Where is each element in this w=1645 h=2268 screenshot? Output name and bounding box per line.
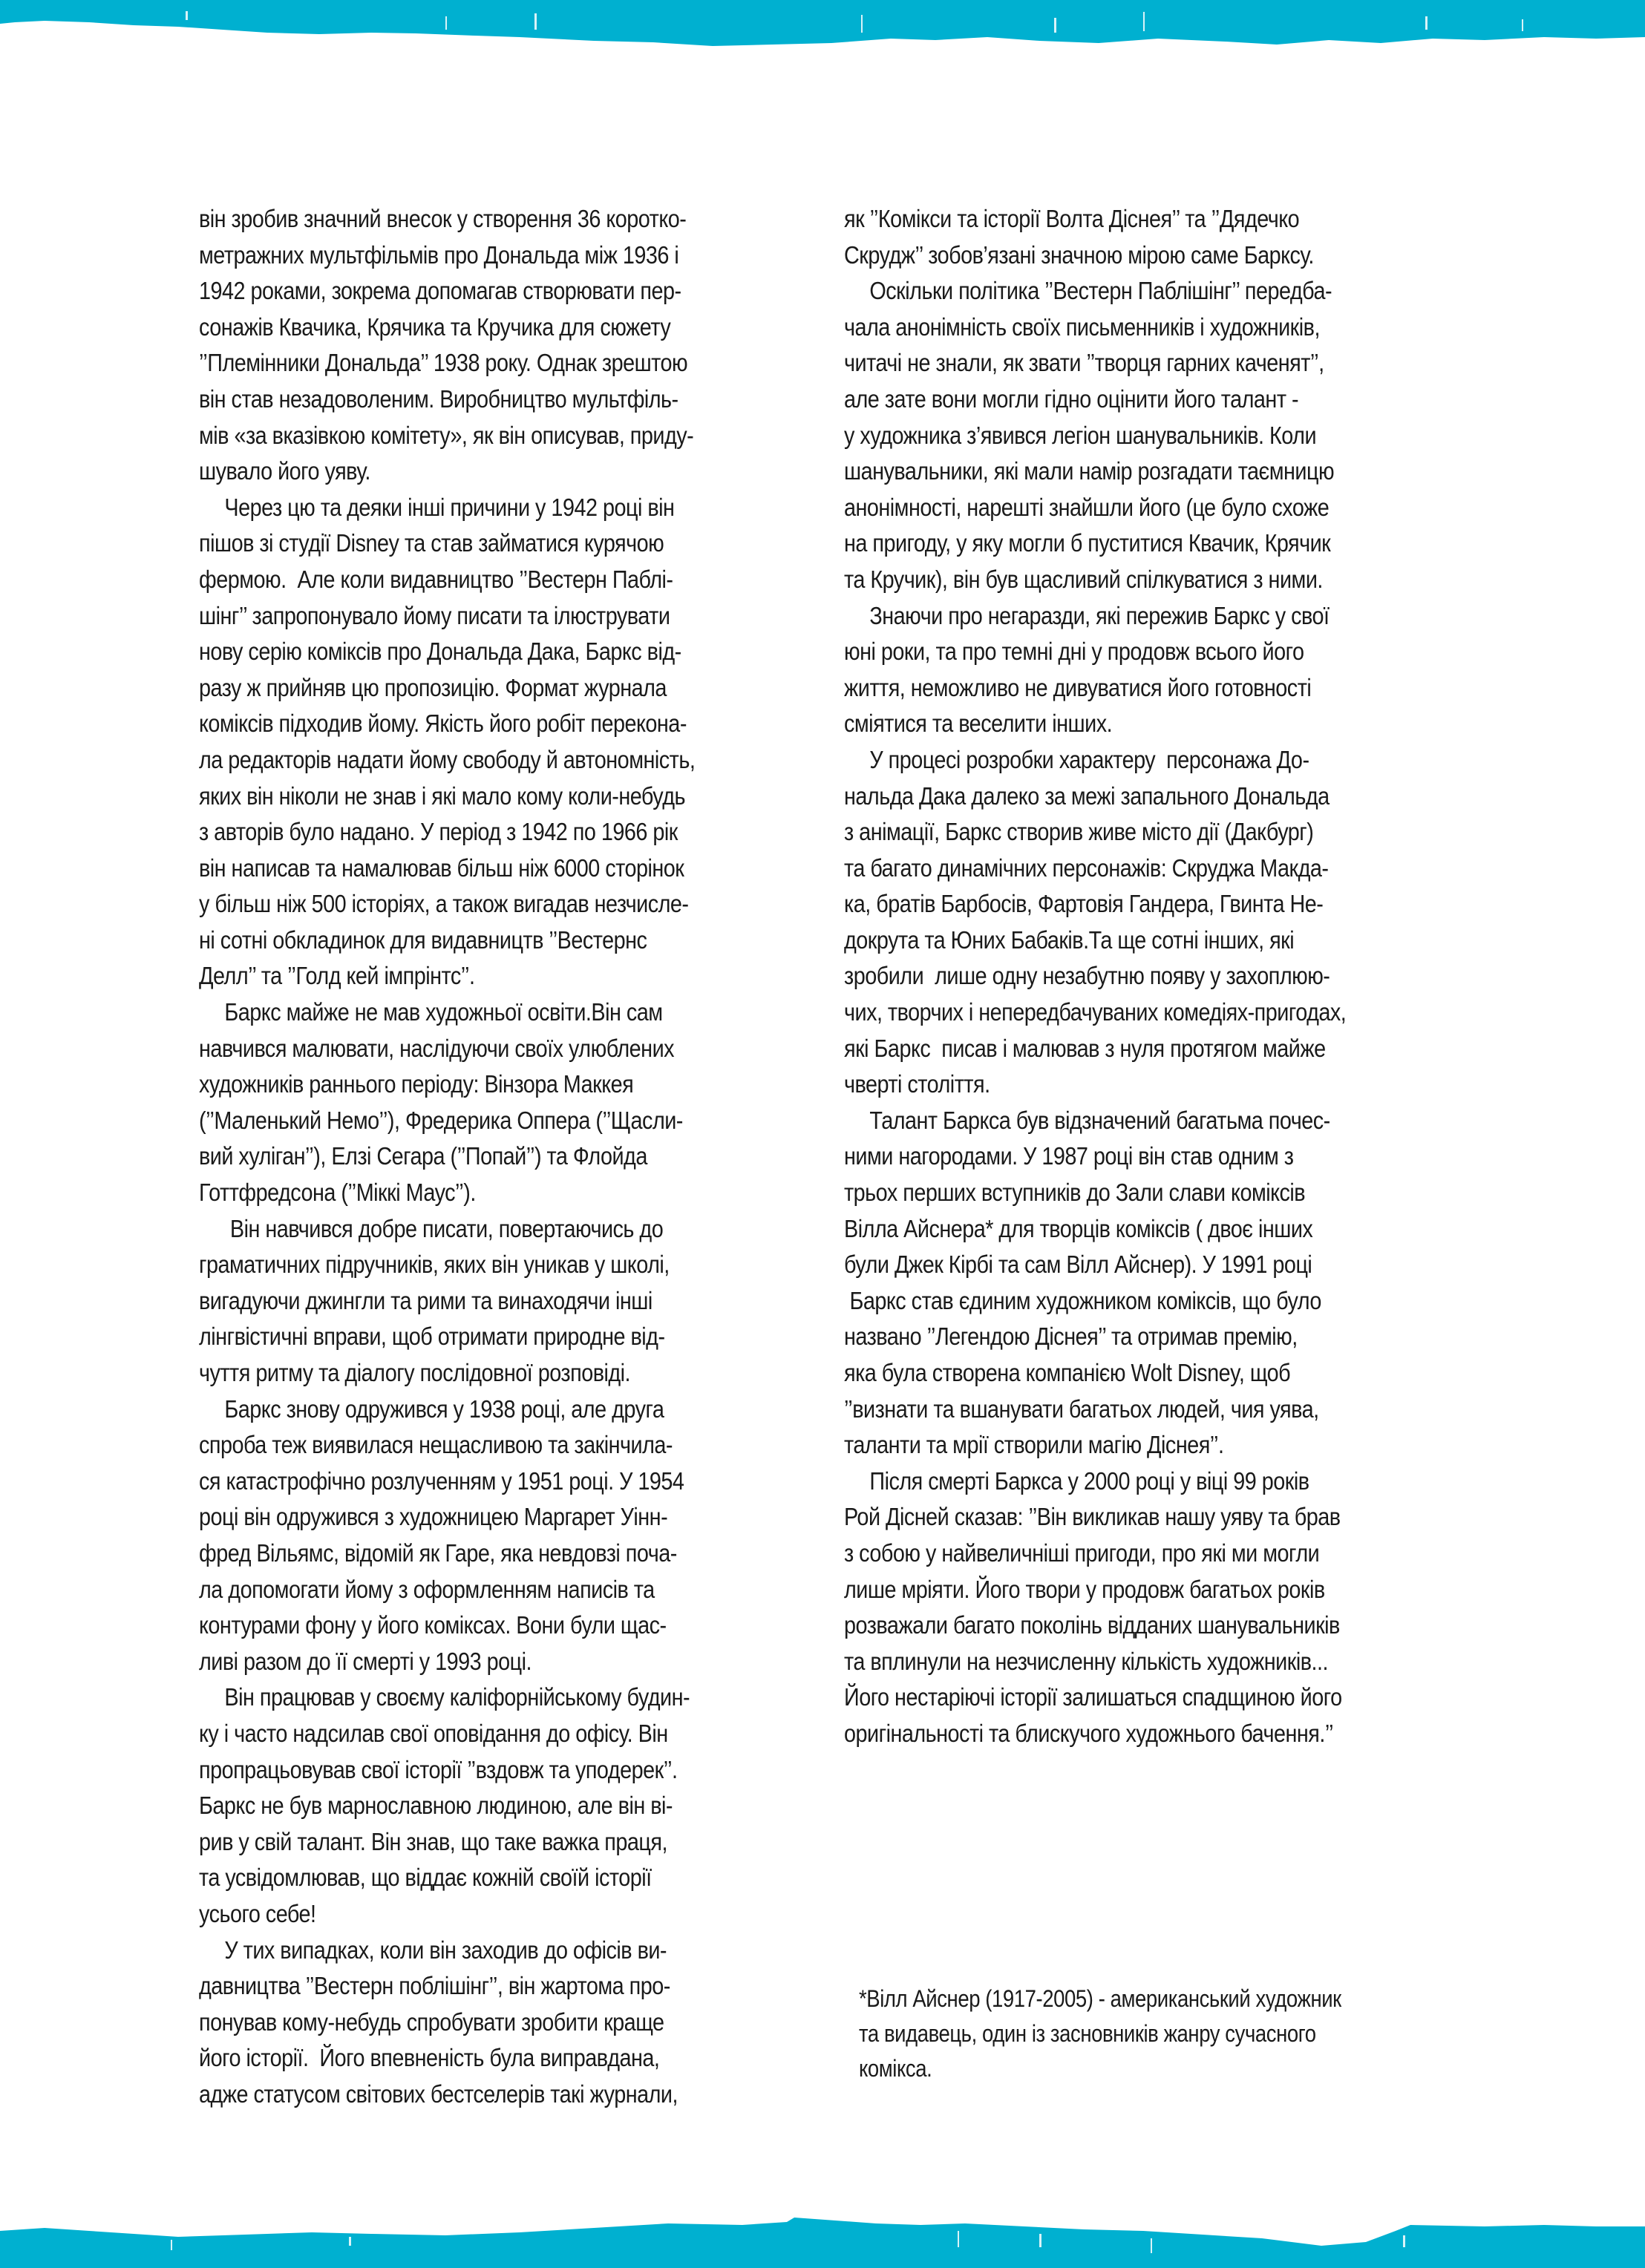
text-line: Після смерті Баркса у 2000 році у віці 9…	[844, 1464, 1406, 1501]
text-line: на пригоду, у яку могли б пуститися Квач…	[844, 526, 1406, 563]
text-line: адже статусом світових бестселерів такі …	[199, 2077, 742, 2114]
text-line: шувало його уяву.	[199, 454, 742, 491]
text-line: шанувальники, які мали намір розгадати т…	[844, 454, 1406, 491]
text-line: ливі разом до її смерті у 1993 році.	[199, 1645, 742, 1681]
text-line: фермою. Але коли видавництво ’’Вестерн П…	[199, 563, 742, 599]
paragraph: Баркс знову одружився у 1938 році, але д…	[199, 1392, 830, 1681]
text-line: та вплинули на незчисленну кількість худ…	[844, 1645, 1406, 1681]
text-line: та Кручик), він був щасливий спілкуватис…	[844, 563, 1406, 599]
text-line: життя, неможливо не дивуватися його гото…	[844, 671, 1406, 707]
text-line: Скрудж’’ зобов’язані значною мірою саме …	[844, 238, 1406, 275]
footnote-line: комікса.	[859, 2051, 1421, 2086]
footnote-line: та видавець, один із засновників жанру с…	[859, 2016, 1421, 2051]
text-line: у художника з’явився легіон шанувальникі…	[844, 419, 1406, 455]
text-line: вий хуліган’’), Елзі Сегара (’’Попай’’) …	[199, 1139, 742, 1176]
text-line: разу ж прийняв цю пропозицію. Формат жур…	[199, 671, 742, 707]
text-line: з анімації, Баркс створив живе місто дії…	[844, 815, 1406, 851]
text-line: з собою у найвеличніші пригоди, про які …	[844, 1536, 1406, 1573]
text-line: метражних мультфільмів про Дональда між …	[199, 238, 742, 275]
text-line: Знаючи про негаразди, які пережив Баркс …	[844, 599, 1406, 635]
text-line: Баркс майже не мав художньої освіти.Він …	[199, 995, 742, 1032]
paragraph: Знаючи про негаразди, які пережив Баркс …	[844, 599, 1497, 743]
text-line: контурами фону у його коміксах. Вони бул…	[199, 1608, 742, 1645]
text-line: названо ’’Легендою Діснея’’ та отримав п…	[844, 1320, 1406, 1356]
text-line: лише мріяти. Його твори у продовж багать…	[844, 1573, 1406, 1609]
brush-stroke-top-icon	[0, 0, 1645, 59]
text-line: чверті століття.	[844, 1067, 1406, 1104]
text-line: Його нестаріючі історії залишаться спадщ…	[844, 1680, 1406, 1717]
text-line: Готтфредсона (’’Міккі Маус’’).	[199, 1176, 742, 1212]
text-line: анонімності, нарешті знайшли його (це бу…	[844, 491, 1406, 527]
paragraph: як ’’Комікси та історії Волта Діснея’’ т…	[844, 202, 1497, 274]
text-line: яка була створена компанією Wolt Disney,…	[844, 1356, 1406, 1392]
paragraph: Баркс майже не мав художньої освіти.Він …	[199, 995, 830, 1212]
text-line: оригінальності та блискучого художнього …	[844, 1717, 1406, 1753]
text-line: усього себе!	[199, 1897, 742, 1933]
text-line: У процесі розробки характеру персонажа Д…	[844, 743, 1406, 779]
text-line: ними нагородами. У 1987 році він став од…	[844, 1139, 1406, 1176]
right-column: як ’’Комікси та історії Волта Діснея’’ т…	[844, 202, 1497, 1753]
text-line: він зробив значний внесок у створення 36…	[199, 202, 742, 238]
text-line: Делл’’ та ’’Голд кей імпрінтс’’.	[199, 959, 742, 995]
text-line: Він навчився добре писати, повертаючись …	[199, 1212, 742, 1248]
text-line: Баркс не був марнославною людиною, але в…	[199, 1789, 742, 1825]
text-line: понував кому-небудь спробувати зробити к…	[199, 2005, 742, 2042]
paragraph: він зробив значний внесок у створення 36…	[199, 202, 830, 491]
text-line: Через цю та деяки інші причини у 1942 ро…	[199, 491, 742, 527]
text-line: художників раннього періоду: Вінзора Мак…	[199, 1067, 742, 1104]
text-line: чала анонімність своїх письменників і ху…	[844, 310, 1406, 347]
text-line: Талант Баркса був відзначений багатьма п…	[844, 1104, 1406, 1140]
brush-stroke-bottom-icon	[0, 2201, 1645, 2268]
bottom-paint-band	[0, 2201, 1645, 2268]
paragraph: Він працював у своєму каліфорнійському б…	[199, 1680, 830, 1933]
paragraph: Після смерті Баркса у 2000 році у віці 9…	[844, 1464, 1497, 1753]
text-line: рив у свій талант. Він знав, що таке важ…	[199, 1825, 742, 1861]
text-line: сміятися та веселити інших.	[844, 707, 1406, 743]
text-line: ся катастрофічно розлученням у 1951 році…	[199, 1464, 742, 1501]
text-line: але зате вони могли гідно оцінити його т…	[844, 382, 1406, 419]
text-line: ла допомогати йому з оформленням написів…	[199, 1573, 742, 1609]
text-line: Оскільки політика ’’Вестерн Паблішінг’’ …	[844, 274, 1406, 310]
paragraph: У процесі розробки характеру персонажа Д…	[844, 743, 1497, 1104]
text-line: у більш ніж 500 історіях, а також вигада…	[199, 887, 742, 923]
text-line: граматичних підручників, яких він уникав…	[199, 1248, 742, 1284]
text-line: чуття ритму та діалогу послідовної розпо…	[199, 1356, 742, 1392]
text-line: були Джек Кірбі та сам Вілл Айснер). У 1…	[844, 1248, 1406, 1284]
text-line: ні сотні обкладинок для видавництв ’’Вес…	[199, 923, 742, 960]
text-line: та багато динамічних персонажів: Скруджа…	[844, 851, 1406, 888]
text-line: нову серію коміксів про Дональда Дака, Б…	[199, 635, 742, 671]
text-line: Вілла Айснера* для творців коміксів ( дв…	[844, 1212, 1406, 1248]
text-line: році він одружився з художницею Маргарет…	[199, 1500, 742, 1536]
text-line: спроба теж виявилася нещасливою та закін…	[199, 1428, 742, 1464]
paragraph: Оскільки політика ’’Вестерн Паблішінг’’ …	[844, 274, 1497, 598]
paragraph: Талант Баркса був відзначений багатьма п…	[844, 1104, 1497, 1464]
text-line: У тих випадках, коли він заходив до офіс…	[199, 1933, 742, 1970]
text-line: ’’визнати та вшанувати багатьох людей, ч…	[844, 1392, 1406, 1429]
text-line: він написав та намалював більш ніж 6000 …	[199, 851, 742, 888]
text-line: Баркс став єдиним художником коміксів, щ…	[844, 1284, 1406, 1320]
text-line: читачі не знали, як звати ’’творця гарни…	[844, 346, 1406, 382]
footnote-line: *Вілл Айснер (1917-2005) - американський…	[859, 1982, 1421, 2016]
text-line: докрута та Юних Бабаків.Та ще сотні інши…	[844, 923, 1406, 960]
text-line: мів «за вказівкою комітету», як він опис…	[199, 419, 742, 455]
text-line: ’’Племінники Дональда’’ 1938 року. Однак…	[199, 346, 742, 382]
text-line: шінг’’ запропонувало йому писати та ілюс…	[199, 599, 742, 635]
text-line: навчився малювати, наслідуючи своїх улюб…	[199, 1032, 742, 1068]
text-line: як ’’Комікси та історії Волта Діснея’’ т…	[844, 202, 1406, 238]
text-line: трьох перших вступників до Зали слави ко…	[844, 1176, 1406, 1212]
text-line: чих, творчих і непередбачуваних комедіях…	[844, 995, 1406, 1032]
paragraph: Він навчився добре писати, повертаючись …	[199, 1212, 830, 1392]
text-line: він став незадоволеним. Виробництво муль…	[199, 382, 742, 419]
footnote: *Вілл Айснер (1917-2005) - американський…	[859, 1982, 1512, 2086]
text-line: (’’Маленький Немо’’), Фредерика Оппера (…	[199, 1104, 742, 1140]
text-line: 1942 роками, зокрема допомагав створюват…	[199, 274, 742, 310]
paragraph: Через цю та деяки інші причини у 1942 ро…	[199, 491, 830, 995]
text-line: які Баркс писав і малював з нуля протяго…	[844, 1032, 1406, 1068]
text-line: вигадуючи джингли та рими та винаходячи …	[199, 1284, 742, 1320]
left-column: він зробив значний внесок у створення 36…	[199, 202, 830, 2113]
text-line: зробили лише одну незабутню появу у захо…	[844, 959, 1406, 995]
text-line: фред Вільямс, відомій як Гаре, яка невдо…	[199, 1536, 742, 1573]
text-line: юні роки, та про темні дні у продовж всь…	[844, 635, 1406, 671]
text-line: нальда Дака далеко за межі запального До…	[844, 779, 1406, 816]
text-line: та усвідомлював, що віддає кожній своїй …	[199, 1861, 742, 1897]
text-line: ку і часто надсилав свої оповідання до о…	[199, 1717, 742, 1753]
text-line: Він працював у своєму каліфорнійському б…	[199, 1680, 742, 1717]
text-line: розважали багато поколінь відданих шанув…	[844, 1608, 1406, 1645]
text-line: ка, братів Барбосів, Фартовія Гандера, Г…	[844, 887, 1406, 923]
text-line: його історії. Його впевненість була випр…	[199, 2041, 742, 2077]
text-line: з авторів було надано. У період з 1942 п…	[199, 815, 742, 851]
paragraph: У тих випадках, коли він заходив до офіс…	[199, 1933, 830, 2114]
text-line: сонажів Квачика, Крячика та Кручика для …	[199, 310, 742, 347]
text-line: таланти та мрії створили магію Діснея’’.	[844, 1428, 1406, 1464]
top-paint-band	[0, 0, 1645, 59]
text-line: лінгвістичні вправи, щоб отримати природ…	[199, 1320, 742, 1356]
text-line: ла редакторів надати йому свободу й авто…	[199, 743, 742, 779]
text-line: пішов зі студії Disney та став займатися…	[199, 526, 742, 563]
text-line: Баркс знову одружився у 1938 році, але д…	[199, 1392, 742, 1429]
text-line: яких він ніколи не знав і які мало кому …	[199, 779, 742, 816]
text-line: пропрацьовував свої історії ’’вздовж та …	[199, 1753, 742, 1789]
text-line: давництва ’’Вестерн поблішінг’’, він жар…	[199, 1969, 742, 2005]
text-line: Рой Дісней сказав: ’’Він викликав нашу у…	[844, 1500, 1406, 1536]
text-line: коміксів підходив йому. Якість його робі…	[199, 707, 742, 743]
